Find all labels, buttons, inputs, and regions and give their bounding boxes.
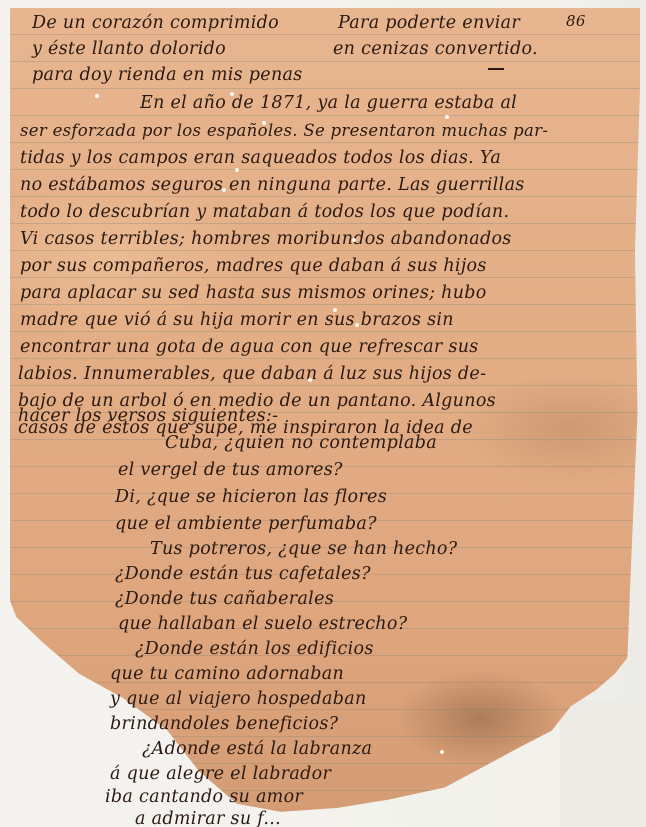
paper-hole xyxy=(333,308,337,312)
header-verse-right: Para poderte enviar xyxy=(338,12,520,34)
poem-line: que el ambiente perfumaba? xyxy=(115,513,377,535)
header-verse-right: en cenizas convertido. xyxy=(333,38,538,60)
paper-hole xyxy=(262,121,266,125)
poem-line: Tus potreros, ¿que se han hecho? xyxy=(150,538,457,560)
prose-line: hacer los versos siguientes:- xyxy=(18,405,278,427)
prose-line: no estábamos seguros en ninguna parte. L… xyxy=(20,174,525,196)
paper-hole xyxy=(352,238,356,242)
paper-hole xyxy=(308,378,312,382)
poem-line: brindandoles beneficios? xyxy=(110,713,338,735)
header-verse-left: De un corazón comprimido xyxy=(32,12,279,34)
prose-line: ser esforzada por los españoles. Se pres… xyxy=(20,120,548,142)
poem-line: Di, ¿que se hicieron las flores xyxy=(115,486,387,508)
paper-hole xyxy=(230,92,234,96)
poem-line: ¿Donde están tus cafetales? xyxy=(115,563,371,585)
prose-line: madre que vió á su hija morir en sus bra… xyxy=(20,309,454,331)
poem-line: y que al viajero hospedaban xyxy=(110,688,367,710)
paper-hole xyxy=(222,188,226,192)
prose-line: labios. Innumerables, que daban á luz su… xyxy=(18,363,486,385)
prose-line: encontrar una gota de agua con que refre… xyxy=(20,336,479,358)
prose-line: para aplacar su sed hasta sus mismos ori… xyxy=(20,282,487,304)
poem-line: iba cantando su amor xyxy=(105,786,303,808)
paper-hole xyxy=(110,750,114,754)
poem-line: Cuba, ¿quien no contemplaba xyxy=(165,432,437,454)
header-verse-left: para doy rienda en mis penas xyxy=(32,64,303,86)
paper-hole xyxy=(95,94,99,98)
paper-hole xyxy=(445,115,449,119)
prose-line: tidas y los campos eran saqueados todos … xyxy=(20,147,501,169)
poem-line: ¿Donde están los edificios xyxy=(135,638,374,660)
prose-line: En el año de 1871, ya la guerra estaba a… xyxy=(140,92,517,114)
poem-line: el vergel de tus amores? xyxy=(118,459,343,481)
prose-line: por sus compañeros, madres que daban á s… xyxy=(20,255,487,277)
paper-hole xyxy=(235,168,239,172)
prose-line: Vi casos terribles; hombres moribundos a… xyxy=(20,228,512,250)
poem-line: a admirar su f... xyxy=(135,808,281,827)
poem-line: á que alegre el labrador xyxy=(110,763,331,785)
handwritten-text: 86 De un corazón comprimido y éste llant… xyxy=(0,0,646,827)
page-number: 86 xyxy=(566,12,586,30)
paper-hole xyxy=(440,750,444,754)
poem-line: ¿Donde tus cañaberales xyxy=(115,588,334,610)
poem-line: que tu camino adornaban xyxy=(110,663,344,685)
poem-line: ¿Adonde está la labranza xyxy=(142,738,372,760)
prose-line: todo lo descubrían y mataban á todos los… xyxy=(20,201,509,223)
separator-dash xyxy=(488,68,504,70)
header-verse-left: y éste llanto dolorido xyxy=(32,38,226,60)
paper-hole xyxy=(355,323,359,327)
poem-line: que hallaban el suelo estrecho? xyxy=(118,613,407,635)
